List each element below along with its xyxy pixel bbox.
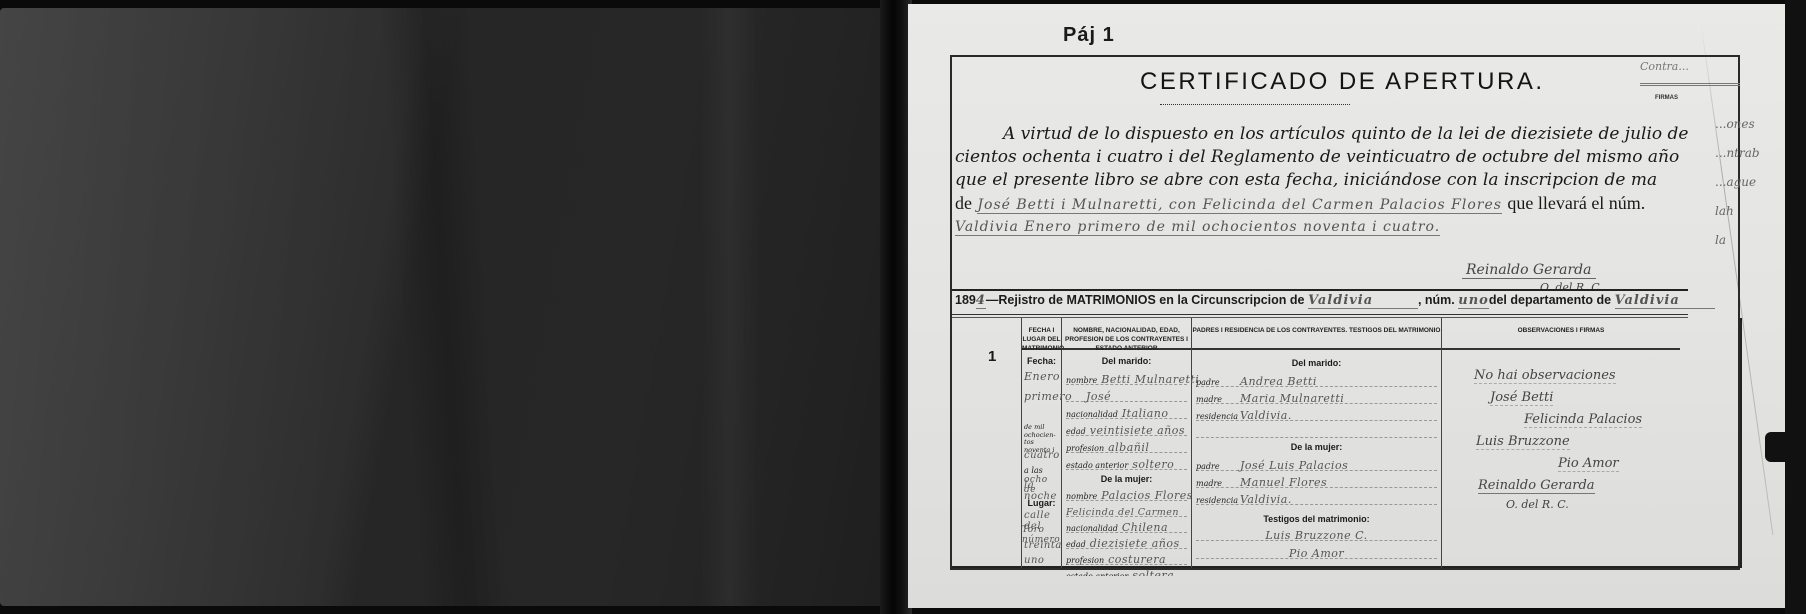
- margin-note: ...ntrab: [1715, 139, 1775, 168]
- firma-contrayente-marido: José Betti: [1490, 390, 1553, 406]
- marido-title: Del marido:: [1062, 356, 1191, 366]
- lugar-label: Lugar:: [1022, 498, 1061, 508]
- body-line-4-prefix: de: [955, 193, 972, 213]
- padre-label: padre: [1196, 462, 1236, 471]
- residencia-mujer-row: residenciaValdivia.: [1196, 488, 1437, 505]
- fecha-hand-1: Enero: [1024, 370, 1060, 383]
- margin-note: lah: [1715, 197, 1775, 226]
- column-header-observaciones: OBSERVACIONES I FIRMAS: [1442, 318, 1680, 350]
- madre-label: madre: [1196, 479, 1236, 488]
- body-line-4-handwritten: José Betti i Mulnaretti, con Felicinda d…: [977, 197, 1502, 214]
- firma-oficial: Reinaldo Gerarda: [1478, 478, 1595, 494]
- body-line-5-handwritten: Valdivia Enero primero de mil ochociento…: [955, 219, 1440, 236]
- fecha-print-1: de mil ochocien-: [1024, 423, 1061, 439]
- cover-crease: [379, 8, 511, 606]
- blank-row: [1196, 421, 1437, 438]
- a-las-label: a las: [1024, 466, 1043, 475]
- lugar-hand-4: uno: [1024, 555, 1044, 566]
- top-right-note: Contra...: [1640, 60, 1740, 86]
- mujer-edad-row: edaddiezisiete años: [1066, 532, 1187, 549]
- testigo-1: Luis Bruzzone C.: [1265, 529, 1367, 542]
- column-fecha: FECHA I LUGAR DEL MATRIMONIO Fecha: Ener…: [1022, 318, 1062, 568]
- column-number: 1: [952, 318, 1022, 568]
- marido-estado: soltero: [1132, 458, 1174, 471]
- observacion-line: No hai observaciones: [1474, 368, 1616, 384]
- residencia-label: residencia: [1196, 412, 1236, 421]
- firma-oficial-titulo: O. del R. C.: [1506, 498, 1569, 511]
- edad-label: edad: [1066, 427, 1086, 436]
- page-edge-shadow: [1785, 0, 1806, 614]
- margin-notes: ...ones ...ntrab ...ague lah la: [1715, 110, 1775, 255]
- body-line-3: que el presente libro se abre con esta f…: [955, 169, 1695, 192]
- margin-note: ...ones: [1715, 110, 1775, 139]
- madre-label: madre: [1196, 395, 1236, 404]
- marido-profesion-row: profesionalbañil: [1066, 436, 1187, 453]
- body-line-1: A virtud de lo dispuesto en los artículo…: [955, 123, 1695, 146]
- page-number: Páj 1: [1063, 24, 1115, 47]
- marido-nombre2-row: José: [1066, 385, 1187, 402]
- padre-marido-row: padreAndrea Betti: [1196, 370, 1437, 387]
- testigo-2: Pio Amor: [1289, 547, 1344, 560]
- mujer-nacionalidad-row: nacionalidadChilena: [1066, 516, 1187, 533]
- certificate-body: A virtud de lo dispuesto en los artículo…: [955, 123, 1695, 238]
- body-line-4-suffix: que llevará el núm.: [1507, 193, 1645, 213]
- nacionalidad-label: nacionalidad: [1066, 410, 1118, 419]
- residencia-marido-row: residenciaValdivia.: [1196, 404, 1437, 421]
- estado-label: estado anterior: [1066, 572, 1128, 576]
- margin-note: la: [1715, 226, 1775, 255]
- register-year-prefix: 189: [955, 293, 976, 307]
- testigo-1-row: Luis Bruzzone C.: [1196, 524, 1437, 541]
- body-line-4: de José Betti i Mulnaretti, con Felicind…: [955, 192, 1695, 215]
- certificate-title: CERTIFICADO DE APERTURA.: [1140, 68, 1545, 96]
- mujer-nombre2-row: Felicinda del Carmen: [1066, 500, 1187, 517]
- mujer-title: De la mujer:: [1062, 474, 1191, 484]
- entry-number: 1: [988, 348, 996, 365]
- title-underline: [1160, 104, 1350, 106]
- lugar-hand-3: treinta: [1024, 540, 1062, 551]
- body-line-5: Valdivia Enero primero de mil ochociento…: [955, 215, 1695, 238]
- marido-estado-row: estado anteriorsoltero: [1066, 453, 1187, 470]
- register-header-text: —Rejistro de MATRIMONIOS en la Circunscr…: [986, 293, 1305, 307]
- column-observaciones: OBSERVACIONES I FIRMAS No hai observacio…: [1442, 318, 1742, 568]
- column-header-fecha: FECHA I LUGAR DEL MATRIMONIO: [1022, 318, 1061, 350]
- departamento-label: del departamento de: [1489, 293, 1611, 307]
- margin-note: ...ague: [1715, 168, 1775, 197]
- profesion-label: profesion: [1066, 444, 1104, 453]
- madre-mujer-row: madreManuel Flores: [1196, 471, 1437, 488]
- mujer-estado: soltera: [1132, 569, 1174, 576]
- column-nombre: NOMBRE, NACIONALIDAD, EDAD, PROFESION DE…: [1062, 318, 1192, 568]
- nombre-label: nombre: [1066, 376, 1097, 385]
- column-header-padres: PADRES I RESIDENCIA DE LOS CONTRAYENTES.…: [1192, 318, 1441, 350]
- residencia-label: residencia: [1196, 496, 1236, 505]
- column-padres: PADRES I RESIDENCIA DE LOS CONTRAYENTES.…: [1192, 318, 1442, 568]
- mujer-estado-row: estado anteriorsoltera: [1066, 564, 1187, 576]
- testigos-title: Testigos del matrimonio:: [1192, 514, 1441, 524]
- book-cover-page: [0, 8, 896, 606]
- departamento-value: Valdivia: [1615, 293, 1715, 309]
- madre-marido-row: madreMaria Mulnaretti: [1196, 387, 1437, 404]
- firma-testigo-2: Pio Amor: [1558, 456, 1619, 472]
- top-right-note-text: Contra...: [1640, 60, 1689, 73]
- register-header: 1894—Rejistro de MATRIMONIOS en la Circu…: [955, 293, 1685, 309]
- fecha-label: Fecha:: [1022, 356, 1061, 366]
- padres-mujer-title: De la mujer:: [1192, 442, 1441, 452]
- firma-testigo-1: Luis Bruzzone: [1476, 434, 1570, 450]
- marido-nacionalidad-row: nacionalidadItaliano: [1066, 402, 1187, 419]
- fecha-year-hand: cuatro: [1024, 450, 1060, 461]
- cover-fold: [700, 8, 760, 606]
- padres-marido-title: Del marido:: [1192, 358, 1441, 368]
- num-value: uno: [1458, 293, 1489, 309]
- residencia-mujer: Valdivia.: [1240, 493, 1292, 506]
- padre-label: padre: [1196, 378, 1236, 387]
- body-line-2: cientos ochenta i cuatro i del Reglament…: [955, 146, 1695, 169]
- top-right-label: FIRMAS: [1655, 95, 1678, 101]
- firma-contrayente-mujer: Felicinda Palacios: [1524, 412, 1642, 428]
- mujer-profesion-row: profesioncosturera: [1066, 548, 1187, 565]
- register-table: 1 FECHA I LUGAR DEL MATRIMONIO Fecha: En…: [952, 318, 1742, 568]
- num-label: , núm.: [1418, 293, 1455, 307]
- register-year-handwritten: 4: [976, 293, 986, 309]
- marido-edad-row: edadveintisiete años: [1066, 419, 1187, 436]
- circunscripcion-value: Valdivia: [1308, 293, 1418, 309]
- padre-mujer-row: padreJosé Luis Palacios: [1196, 454, 1437, 471]
- mujer-nombre-row: nombrePalacios Flores: [1066, 484, 1187, 501]
- estado-label: estado anterior: [1066, 461, 1128, 470]
- marido-nombre-row: nombreBetti Mulnaretti: [1066, 368, 1187, 385]
- page-tab-shadow: [1765, 432, 1795, 462]
- column-header-nombre: NOMBRE, NACIONALIDAD, EDAD, PROFESION DE…: [1062, 318, 1191, 350]
- officer-signature: Reinaldo Gerarda: [1462, 262, 1596, 279]
- register-rule-top: [952, 289, 1688, 292]
- testigo-2-row: Pio Amor: [1196, 542, 1437, 559]
